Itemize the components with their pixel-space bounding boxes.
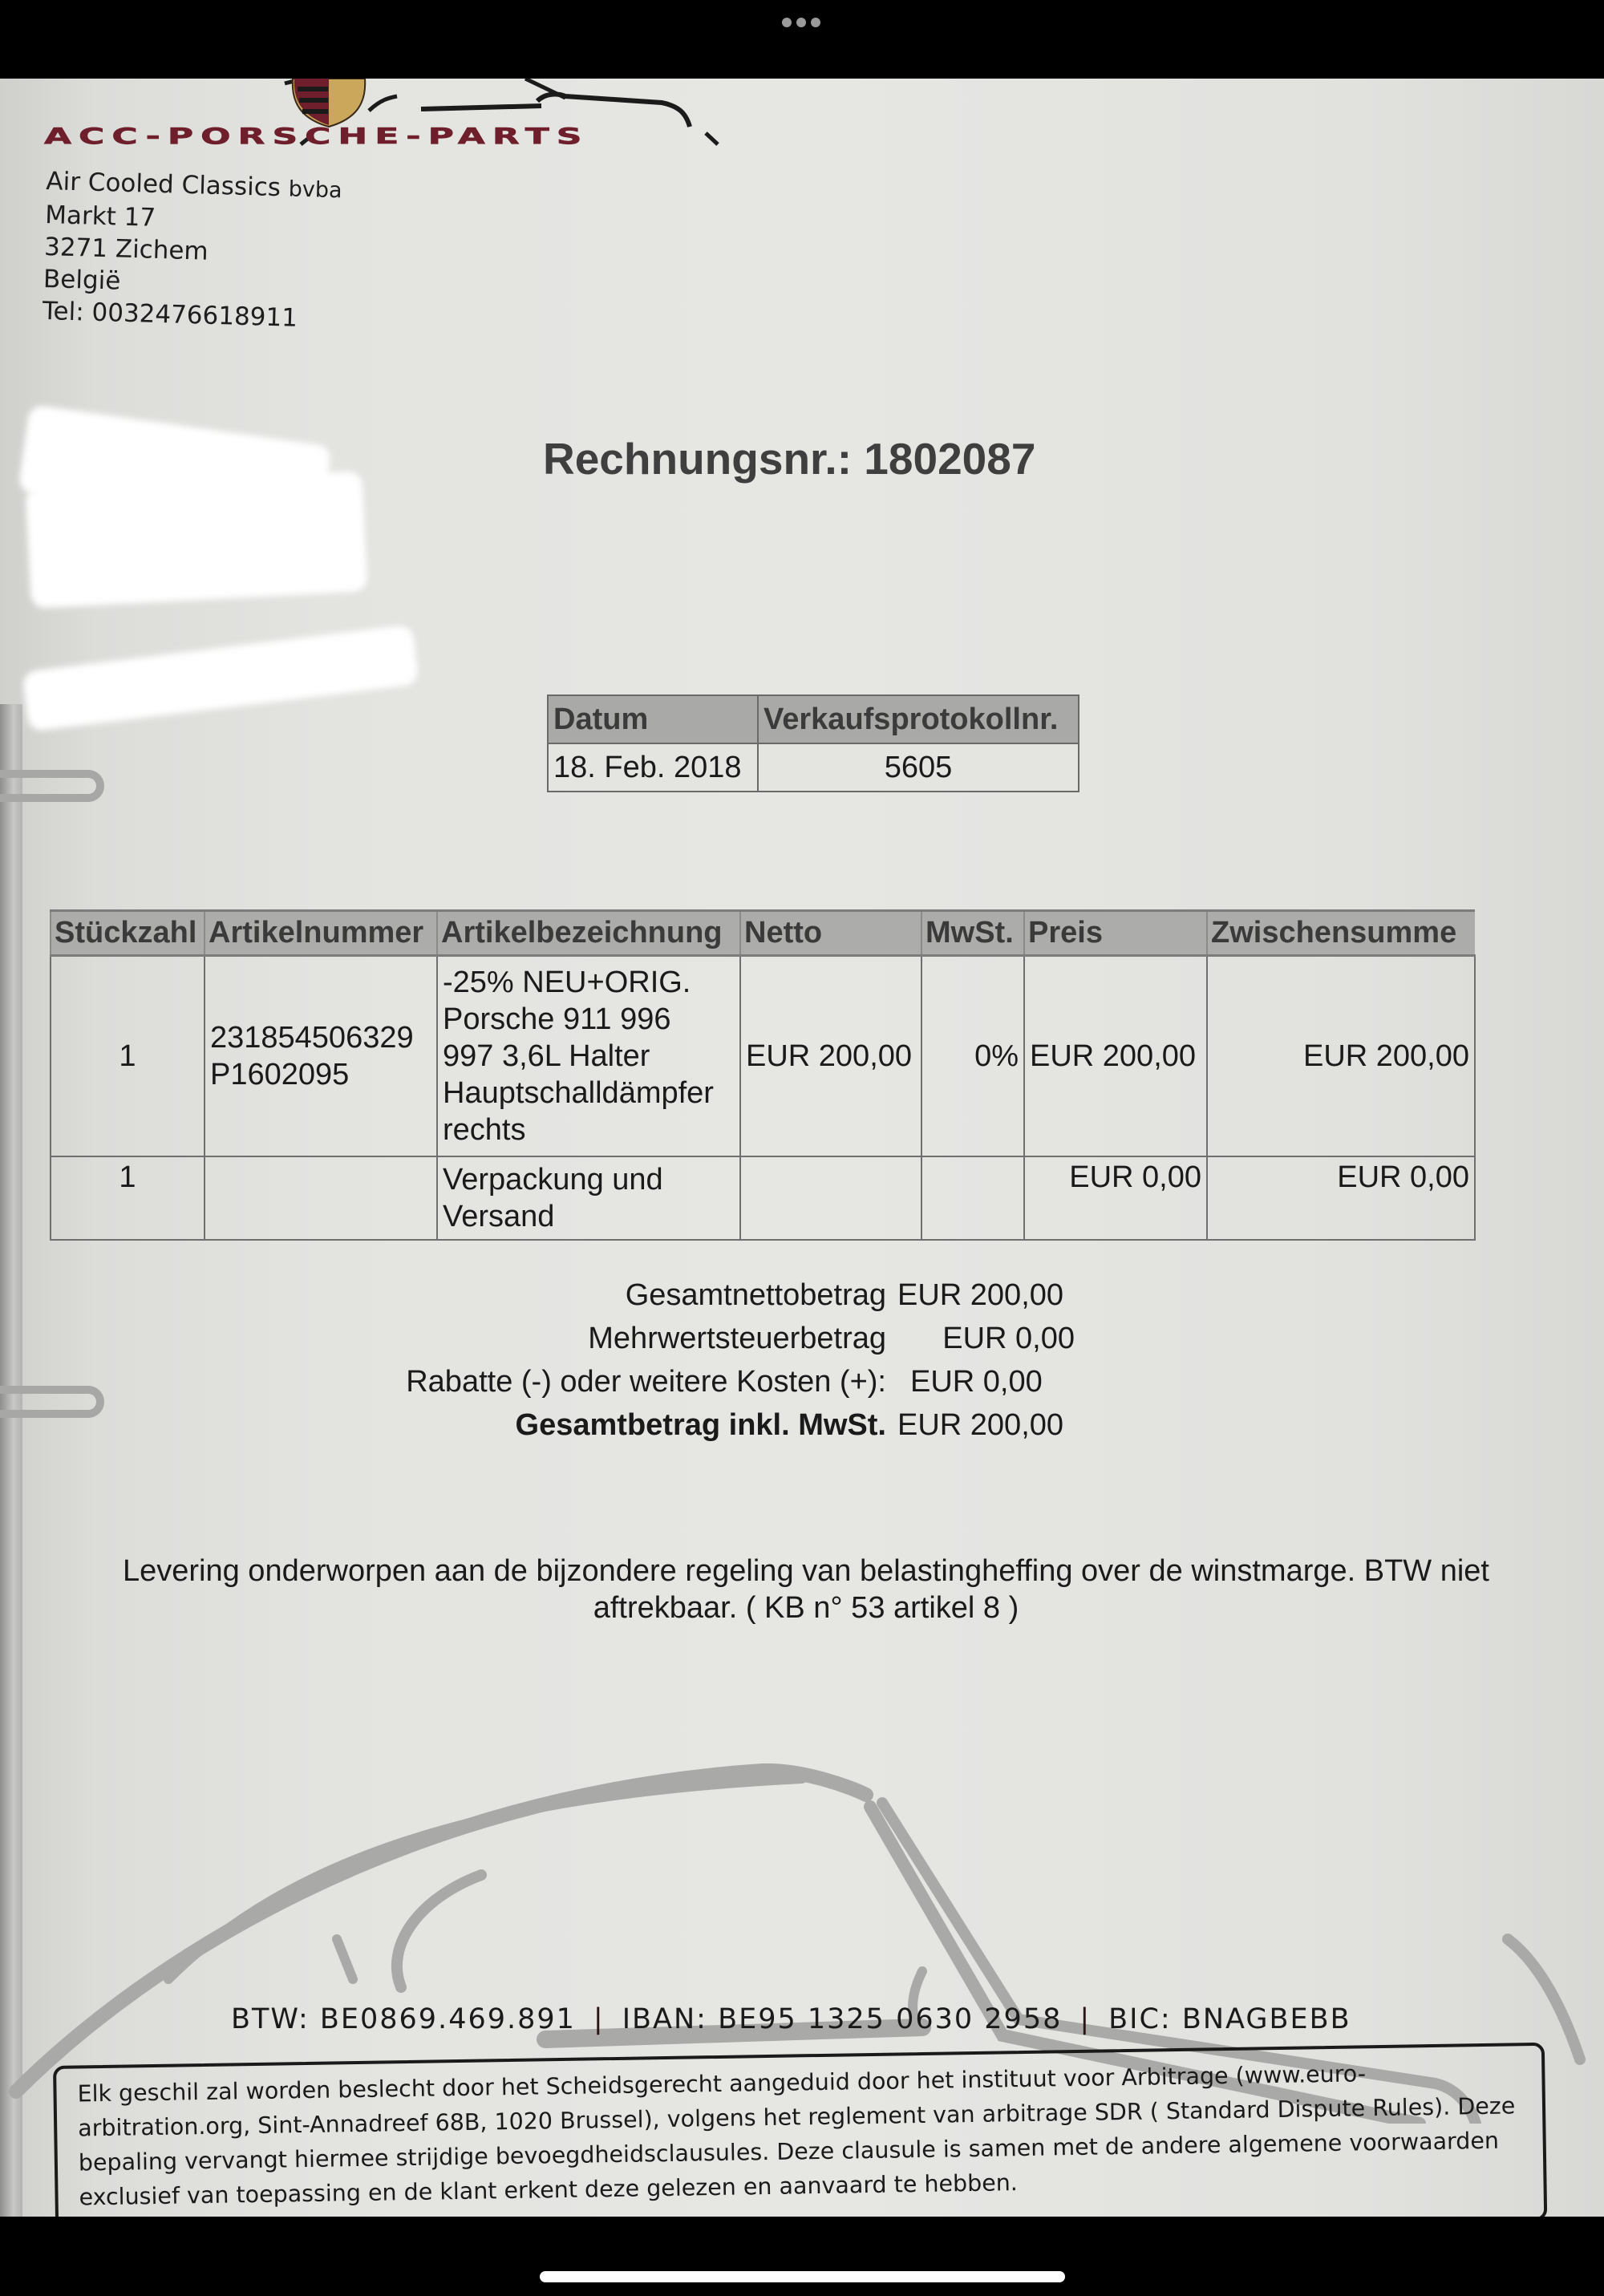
total-vat-value: EUR 0,00 bbox=[886, 1322, 1075, 1356]
item-subtotal: EUR 200,00 bbox=[1207, 956, 1475, 1156]
binder-ring-icon bbox=[0, 1386, 104, 1418]
total-net-row: Gesamtnettobetrag EUR 200,00 bbox=[337, 1274, 1075, 1317]
item-quantity: 1 bbox=[51, 956, 205, 1156]
sales-protocol-header: Verkaufsprotokollnr. bbox=[758, 695, 1079, 743]
item-net bbox=[740, 1156, 921, 1240]
invoice-meta-table: Datum Verkaufsprotokollnr. 18. Feb. 2018… bbox=[547, 694, 1079, 792]
vat-margin-notice: Levering onderworpen aan de bijzondere r… bbox=[64, 1553, 1548, 1626]
col-article-number: Artikelnummer bbox=[205, 911, 437, 956]
date-header: Datum bbox=[548, 695, 758, 743]
grand-total-row: Gesamtbetrag inkl. MwSt. EUR 200,00 bbox=[337, 1403, 1075, 1447]
item-price: EUR 200,00 bbox=[1024, 956, 1207, 1156]
item-article-number: 231854506329 P1602095 bbox=[205, 956, 437, 1156]
vat-number: BTW: BE0869.469.891 bbox=[231, 2003, 576, 2035]
arbitration-clause: Elk geschil zal worden beslecht door het… bbox=[53, 2043, 1547, 2217]
table-header-row: Stückzahl Artikelnummer Artikelbezeichnu… bbox=[51, 911, 1475, 956]
item-quantity: 1 bbox=[51, 1156, 205, 1240]
bic: BIC: BNAGBEBB bbox=[1108, 2003, 1351, 2035]
phone-bottom-bar bbox=[0, 2217, 1604, 2296]
invoice-number-title: Rechnungsnr.: 1802087 bbox=[543, 433, 1035, 484]
col-vat: MwSt. bbox=[921, 911, 1024, 956]
grand-total-value: EUR 200,00 bbox=[886, 1408, 1075, 1443]
item-description: -25% NEU+ORIG. Porsche 911 996 997 3,6L … bbox=[437, 956, 740, 1156]
total-vat-row: Mehrwertsteuerbetrag EUR 0,00 bbox=[337, 1317, 1075, 1360]
company-address: Air Cooled Classics bvba Markt 17 3271 Z… bbox=[42, 165, 342, 335]
invoice-date: 18. Feb. 2018 bbox=[548, 743, 758, 792]
table-row: 1 231854506329 P1602095 -25% NEU+ORIG. P… bbox=[51, 956, 1475, 1156]
iban: IBAN: BE95 1325 0630 2958 bbox=[622, 2003, 1063, 2035]
item-vat: 0% bbox=[921, 956, 1024, 1156]
col-net: Netto bbox=[740, 911, 921, 956]
home-indicator[interactable] bbox=[540, 2271, 1065, 2282]
totals-summary: Gesamtnettobetrag EUR 200,00 Mehrwertste… bbox=[337, 1274, 1075, 1447]
item-net: EUR 200,00 bbox=[740, 956, 921, 1156]
item-vat bbox=[921, 1156, 1024, 1240]
total-net-value: EUR 200,00 bbox=[886, 1278, 1075, 1313]
porsche-crest-icon bbox=[293, 79, 365, 127]
col-description: Artikelbezeichnung bbox=[437, 911, 740, 956]
discount-value: EUR 0,00 bbox=[886, 1365, 1075, 1399]
sales-protocol-number: 5605 bbox=[758, 743, 1079, 792]
more-options-icon[interactable] bbox=[782, 18, 822, 29]
col-price: Preis bbox=[1024, 911, 1207, 956]
logo-wordmark: ACC-PORSCHE-PARTS bbox=[44, 124, 589, 149]
item-description: Verpackung und Versand bbox=[437, 1156, 740, 1240]
bank-details: BTW: BE0869.469.891|IBAN: BE95 1325 0630… bbox=[231, 2003, 1351, 2035]
item-article-number bbox=[205, 1156, 437, 1240]
discount-row: Rabatte (-) oder weitere Kosten (+): EUR… bbox=[337, 1360, 1075, 1403]
col-quantity: Stückzahl bbox=[51, 911, 205, 956]
phone-top-bar bbox=[0, 0, 1604, 79]
table-row: 1 Verpackung und Versand EUR 0,00 EUR 0,… bbox=[51, 1156, 1475, 1240]
col-subtotal: Zwischensumme bbox=[1207, 911, 1475, 956]
binder-ring-icon bbox=[0, 770, 104, 802]
item-price: EUR 0,00 bbox=[1024, 1156, 1207, 1240]
line-items-table: Stückzahl Artikelnummer Artikelbezeichnu… bbox=[50, 909, 1476, 1241]
item-subtotal: EUR 0,00 bbox=[1207, 1156, 1475, 1240]
invoice-document: ACC-PORSCHE-PARTS Air Cooled Classics bv… bbox=[0, 79, 1604, 2217]
